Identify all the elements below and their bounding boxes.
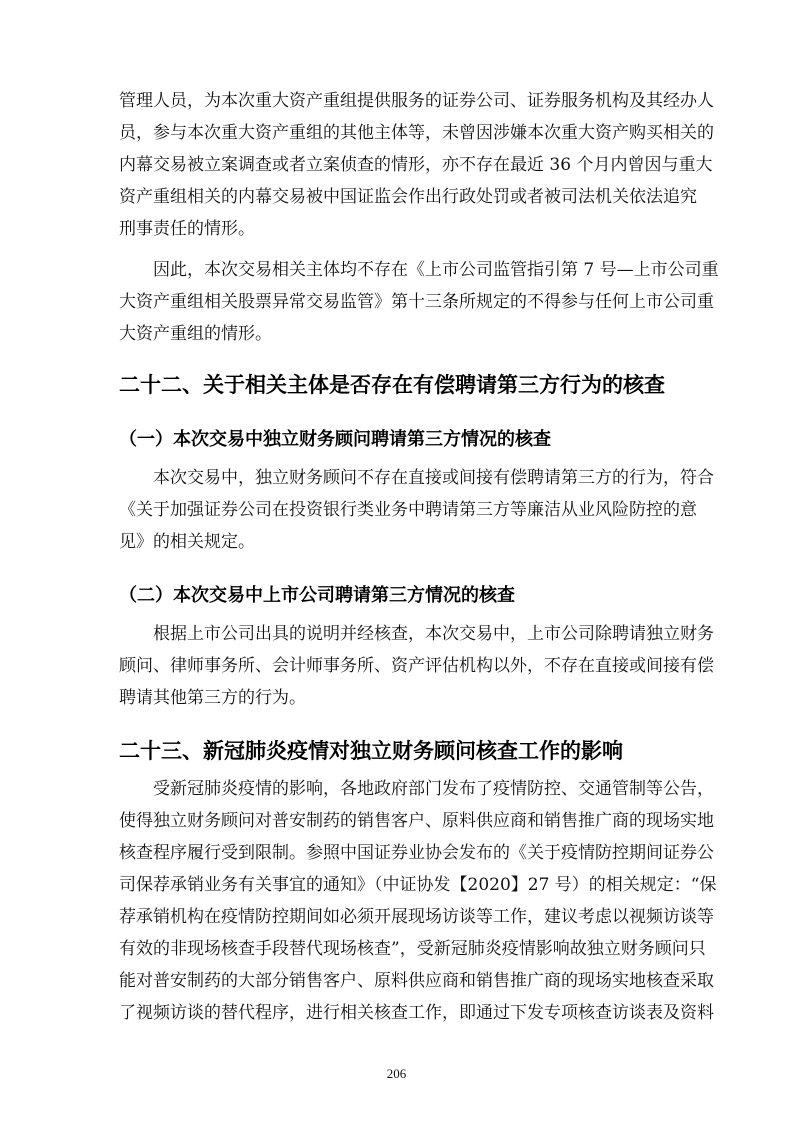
paragraph-line: 司保荐承销业务有关事宜的通知》（中证协发【2020】27 号）的相关规定：“保 xyxy=(119,874,675,896)
subsection-heading: （一）本次交易中独立财务顾问聘请第三方情况的核查 xyxy=(119,428,551,452)
paragraph-line: 能对普安制药的大部分销售客户、原料供应商和销售推广商的现场实地核查采取 xyxy=(119,970,675,992)
section-heading: 二十三、新冠肺炎疫情对独立财务顾问核查工作的影响 xyxy=(119,737,623,765)
subsection-heading: （二）本次交易中上市公司聘请第三方情况的核查 xyxy=(119,584,515,608)
paragraph-line: 荐承销机构在疫情防控期间如必须开展现场访谈等工作，建议考虑以视频访谈等 xyxy=(119,906,675,928)
paragraph-line: 大资产重组相关股票异常交易监管》第十三条所规定的不得参与任何上市公司重 xyxy=(119,291,675,313)
paragraph-line: 有效的非现场核查手段替代现场核查”，受新冠肺炎疫情影响故独立财务顾问只 xyxy=(119,938,675,960)
paragraph-line: 顾问、律师事务所、会计师事务所、资产评估机构以外，不存在直接或间接有偿 xyxy=(119,655,675,677)
paragraph-line: 管理人员，为本次重大资产重组提供服务的证券公司、证券服务机构及其经办人 xyxy=(119,90,675,112)
paragraph-line: 核查程序履行受到限制。参照中国证券业协会发布的《关于疫情防控期间证券公 xyxy=(119,842,675,864)
document-page: 管理人员，为本次重大资产重组提供服务的证券公司、证券服务机构及其经办人 员，参与… xyxy=(0,0,793,1122)
section-heading: 二十二、关于相关主体是否存在有偿聘请第三方行为的核查 xyxy=(119,371,665,399)
paragraph-line: 了视频访谈的替代程序，进行相关核查工作，即通过下发专项核查访谈表及资料 xyxy=(119,1002,675,1024)
paragraph-line: 见》的相关规定。 xyxy=(119,531,675,553)
paragraph-line: 大资产重组的情形。 xyxy=(119,323,675,345)
paragraph-line: 使得独立财务顾问对普安制药的销售客户、原料供应商和销售推广商的现场实地 xyxy=(119,810,675,832)
paragraph-line: 本次交易中，独立财务顾问不存在直接或间接有偿聘请第三方的行为，符合 xyxy=(153,467,675,489)
paragraph-line: 员，参与本次重大资产重组的其他主体等，未曾因涉嫌本次重大资产购买相关的 xyxy=(119,122,675,144)
paragraph-line: 根据上市公司出具的说明并经核查，本次交易中，上市公司除聘请独立财务 xyxy=(153,623,675,645)
paragraph-line: 因此，本次交易相关主体均不存在《上市公司监管指引第 7 号—上市公司重 xyxy=(153,259,675,281)
paragraph-line: 受新冠肺炎疫情的影响，各地政府部门发布了疫情防控、交通管制等公告， xyxy=(153,778,675,800)
paragraph-line: 资产重组相关的内幕交易被中国证监会作出行政处罚或者被司法机关依法追究 xyxy=(119,186,675,208)
paragraph-line: 内幕交易被立案调查或者立案侦查的情形，亦不存在最近 36 个月内曾因与重大 xyxy=(119,154,675,176)
paragraph-line: 《关于加强证券公司在投资银行类业务中聘请第三方等廉洁从业风险防控的意 xyxy=(119,499,675,521)
paragraph-line: 刑事责任的情形。 xyxy=(119,218,675,240)
page-number: 206 xyxy=(0,1066,793,1082)
paragraph-line: 聘请其他第三方的行为。 xyxy=(119,687,675,709)
